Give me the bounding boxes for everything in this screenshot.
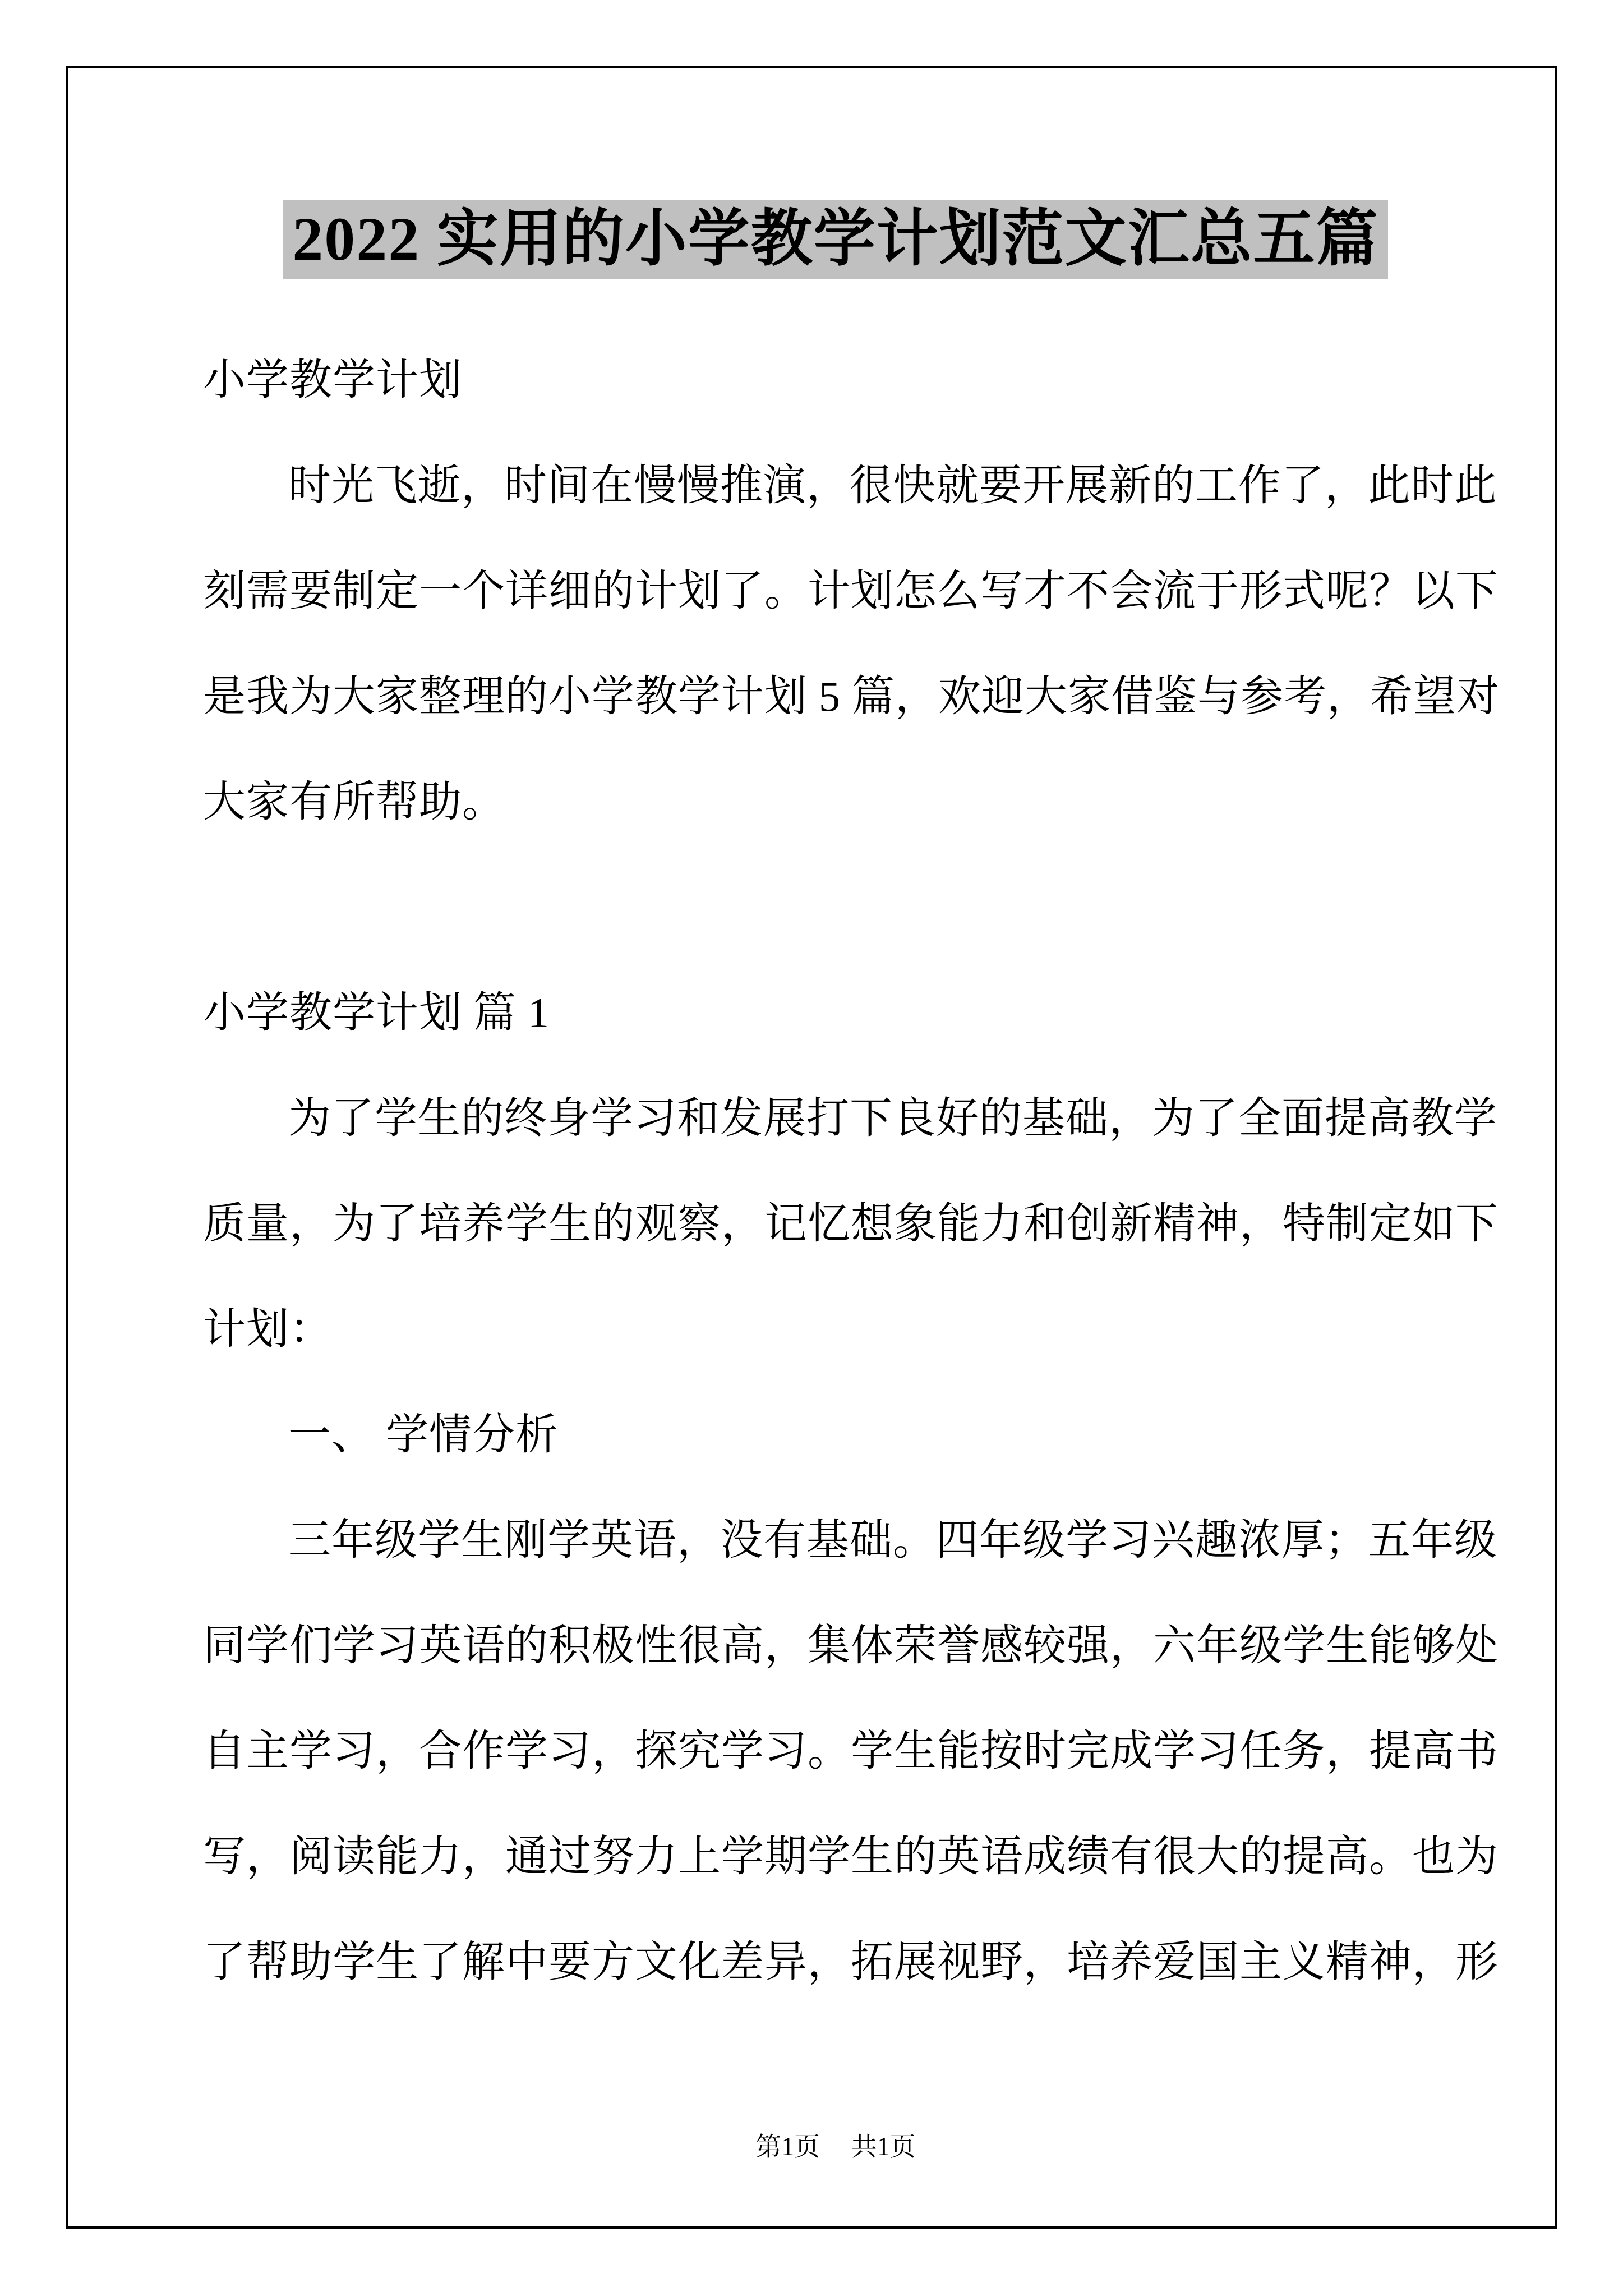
text-line: 写，阅读能力，通过努力上学期学生的英语成绩有很大的提高。也为 [203, 1804, 1490, 1910]
document-body: 小学教学计划时光飞逝，时间在慢慢推演，很快就要开展新的工作了，此时此刻需要制定一… [203, 328, 1490, 2015]
text-line: 为了学生的终身学习和发展打下良好的基础，为了全面提高教学 [203, 1066, 1490, 1171]
text-line: 计划： [203, 1277, 1490, 1382]
footer-page-current: 第1页 [755, 2129, 820, 2164]
text-line: 时光飞逝，时间在慢慢推演，很快就要开展新的工作了，此时此 [203, 433, 1490, 539]
text-line: 小学教学计划 [203, 328, 1490, 433]
text-line: 自主学习，合作学习，探究学习。学生能按时完成学习任务，提高书 [203, 1699, 1490, 1804]
document-title: 2022 实用的小学教学计划范文汇总五篇 [283, 200, 1388, 279]
text-line: 同学们学习英语的积极性很高，集体荣誉感较强，六年级学生能够处 [203, 1593, 1490, 1699]
text-line: 小学教学计划 篇 1 [203, 960, 1490, 1066]
text-line: 大家有所帮助。 [203, 749, 1490, 855]
title-row: 2022 实用的小学教学计划范文汇总五篇 [202, 200, 1469, 279]
text-line: 一、 学情分析 [203, 1382, 1490, 1488]
footer-page-total: 共1页 [851, 2129, 916, 2164]
text-line: 质量，为了培养学生的观察，记忆想象能力和创新精神，特制定如下 [203, 1171, 1490, 1277]
text-line: 刻需要制定一个详细的计划了。计划怎么写才不会流于形式呢？以下 [203, 539, 1490, 644]
page-footer: 第1页 共1页 [202, 2129, 1469, 2164]
text-line [203, 855, 1490, 960]
document-page: 2022 实用的小学教学计划范文汇总五篇 小学教学计划时光飞逝，时间在慢慢推演，… [0, 0, 1623, 2296]
text-line: 三年级学生刚学英语，没有基础。四年级学习兴趣浓厚；五年级 [203, 1488, 1490, 1593]
text-line: 是我为大家整理的小学教学计划 5 篇，欢迎大家借鉴与参考，希望对 [203, 644, 1490, 749]
text-line: 了帮助学生了解中要方文化差异，拓展视野，培养爱国主义精神，形 [203, 1910, 1490, 2015]
